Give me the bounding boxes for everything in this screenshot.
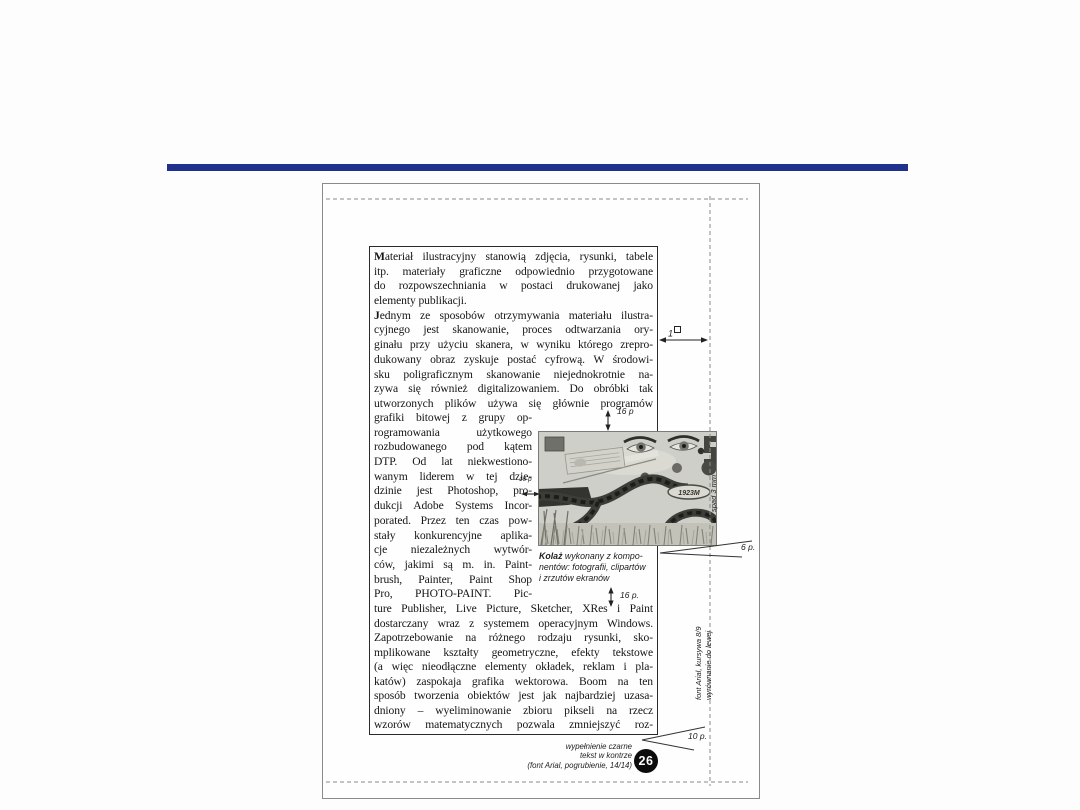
caption-lead: Kolaż <box>539 551 562 561</box>
text-line: porated. Przez ten czas pow- <box>374 514 532 529</box>
text-line: cje niezależnych wytwór- <box>374 543 532 558</box>
text-line: tekst w kontrze <box>462 751 632 760</box>
text-line: ture Publisher, Live Picture, Sketcher, … <box>374 602 653 617</box>
plate-badge: 1923M <box>668 485 710 499</box>
page-number-badge: 26 <box>634 749 658 773</box>
scanned-book-page: Materiał ilustracyjny stanowią zdjęcia, … <box>0 0 1080 810</box>
indent-label-1em: 1 <box>668 326 681 339</box>
text-line: stały konkurencyjne aplika- <box>374 529 532 544</box>
text-line: brush, Painter, Paint Shop <box>374 573 532 588</box>
bleed-note: spad 3 mm <box>709 450 719 512</box>
body-text-block-top: Materiał ilustracyjny stanowią zdjęcia, … <box>374 250 653 412</box>
text-line: rogramowania użytkowego <box>374 426 532 441</box>
text-line: Jednym ze sposobów otrzymywania materiał… <box>374 309 653 324</box>
text-line: (a więc nieodłączne elementy okładek, re… <box>374 660 653 675</box>
gap-label-6p: 6 p. <box>741 542 755 552</box>
text-line: rozbudowanego pod kątem <box>374 440 532 455</box>
text-line: dzinie jest Photoshop, pro- <box>374 484 532 499</box>
text-line: DTP. Od lat niekwestiono- <box>374 455 532 470</box>
text-line: Pro, PHOTO-PAINT. Pic- <box>374 587 532 602</box>
text-line: katów) zaspokaja grafika wektorowa. Boom… <box>374 675 653 690</box>
text-line: grafiki bitowej z grupy op- <box>374 411 532 426</box>
gap-label-10p-left: 10 p <box>519 476 532 483</box>
caption-line: i zrzutów ekranów <box>539 573 671 584</box>
caption-line: nentów: fotografii, clipartów <box>539 562 671 573</box>
accent-rule <box>167 164 908 171</box>
text-line: font Arial, kursywa 8/9 <box>694 560 704 700</box>
body-text-column-narrow: grafiki bitowej z grupy op-rogramowania … <box>374 411 532 602</box>
text-line: wanym liderem w tej dzie- <box>374 470 532 485</box>
text-line: elementy publikacji. <box>374 294 653 309</box>
text-line: do rozpowszechniania w postaci drukowane… <box>374 279 653 294</box>
text-line: mplikowane kształty geometryczne, efekty… <box>374 646 653 661</box>
footer-font-note: wypełnienie czarnetekst w kontrze(font A… <box>462 742 632 770</box>
figure-caption: Kolaż wykonany z kompo- nentów: fotograf… <box>539 551 671 584</box>
collage-image: 1923M <box>538 431 717 546</box>
text-line: wypełnienie czarne <box>462 742 632 751</box>
text-line: dukowany obraz zyskuje postać cyfrową. W… <box>374 353 653 368</box>
body-text-block-bottom: ture Publisher, Live Picture, Sketcher, … <box>374 602 653 733</box>
text-line: dostarczany wraz z systemem operacyjnym … <box>374 617 653 632</box>
text-line: Zapotrzebowanie na różnego rodzaju rysun… <box>374 631 653 646</box>
text-line: dukcji Adobe Systems Incor- <box>374 499 532 514</box>
text-line: wzorów matematycznych pozwala zmniejszyć… <box>374 718 653 733</box>
text-line: wyrównanie do lewej <box>704 560 714 700</box>
text-line: ców, jakimi są m. in. Paint- <box>374 558 532 573</box>
text-line: Materiał ilustracyjny stanowią zdjęcia, … <box>374 250 653 265</box>
stamp-element <box>545 437 564 451</box>
text-line: sku poligraficznym skanowanie niejednokr… <box>374 368 653 383</box>
text-line: dniony – wyeliminowanie zbioru pikseli n… <box>374 704 653 719</box>
text-line: sposób tworzenia obiektów jest jak najba… <box>374 689 653 704</box>
caption-line: Kolaż wykonany z kompo- <box>539 551 671 562</box>
plate-text: 1923M <box>678 490 700 497</box>
text-line: ginału przy użyciu skanera, w wyniku któ… <box>374 338 653 353</box>
text-line: itp. materiały graficzne odpowiednio prz… <box>374 265 653 280</box>
gap-label-16p-top: 16 p <box>617 406 634 416</box>
text-line: utworzonych plików używa się głównie pro… <box>374 397 653 412</box>
gap-label-16p-below: 16 p. <box>620 590 639 600</box>
gap-label-10p-bottom: 10 p. <box>688 731 707 741</box>
text-line: zywa się również digitalizowaniem. Do ob… <box>374 382 653 397</box>
text-line: (font Arial, pogrubienie, 14/14) <box>462 761 632 770</box>
text-line: cyjnego jest skanowanie, proces odtwarza… <box>374 323 653 338</box>
em-square-icon <box>674 326 681 333</box>
side-font-note: font Arial, kursywa 8/9wyrównanie do lew… <box>694 560 714 700</box>
